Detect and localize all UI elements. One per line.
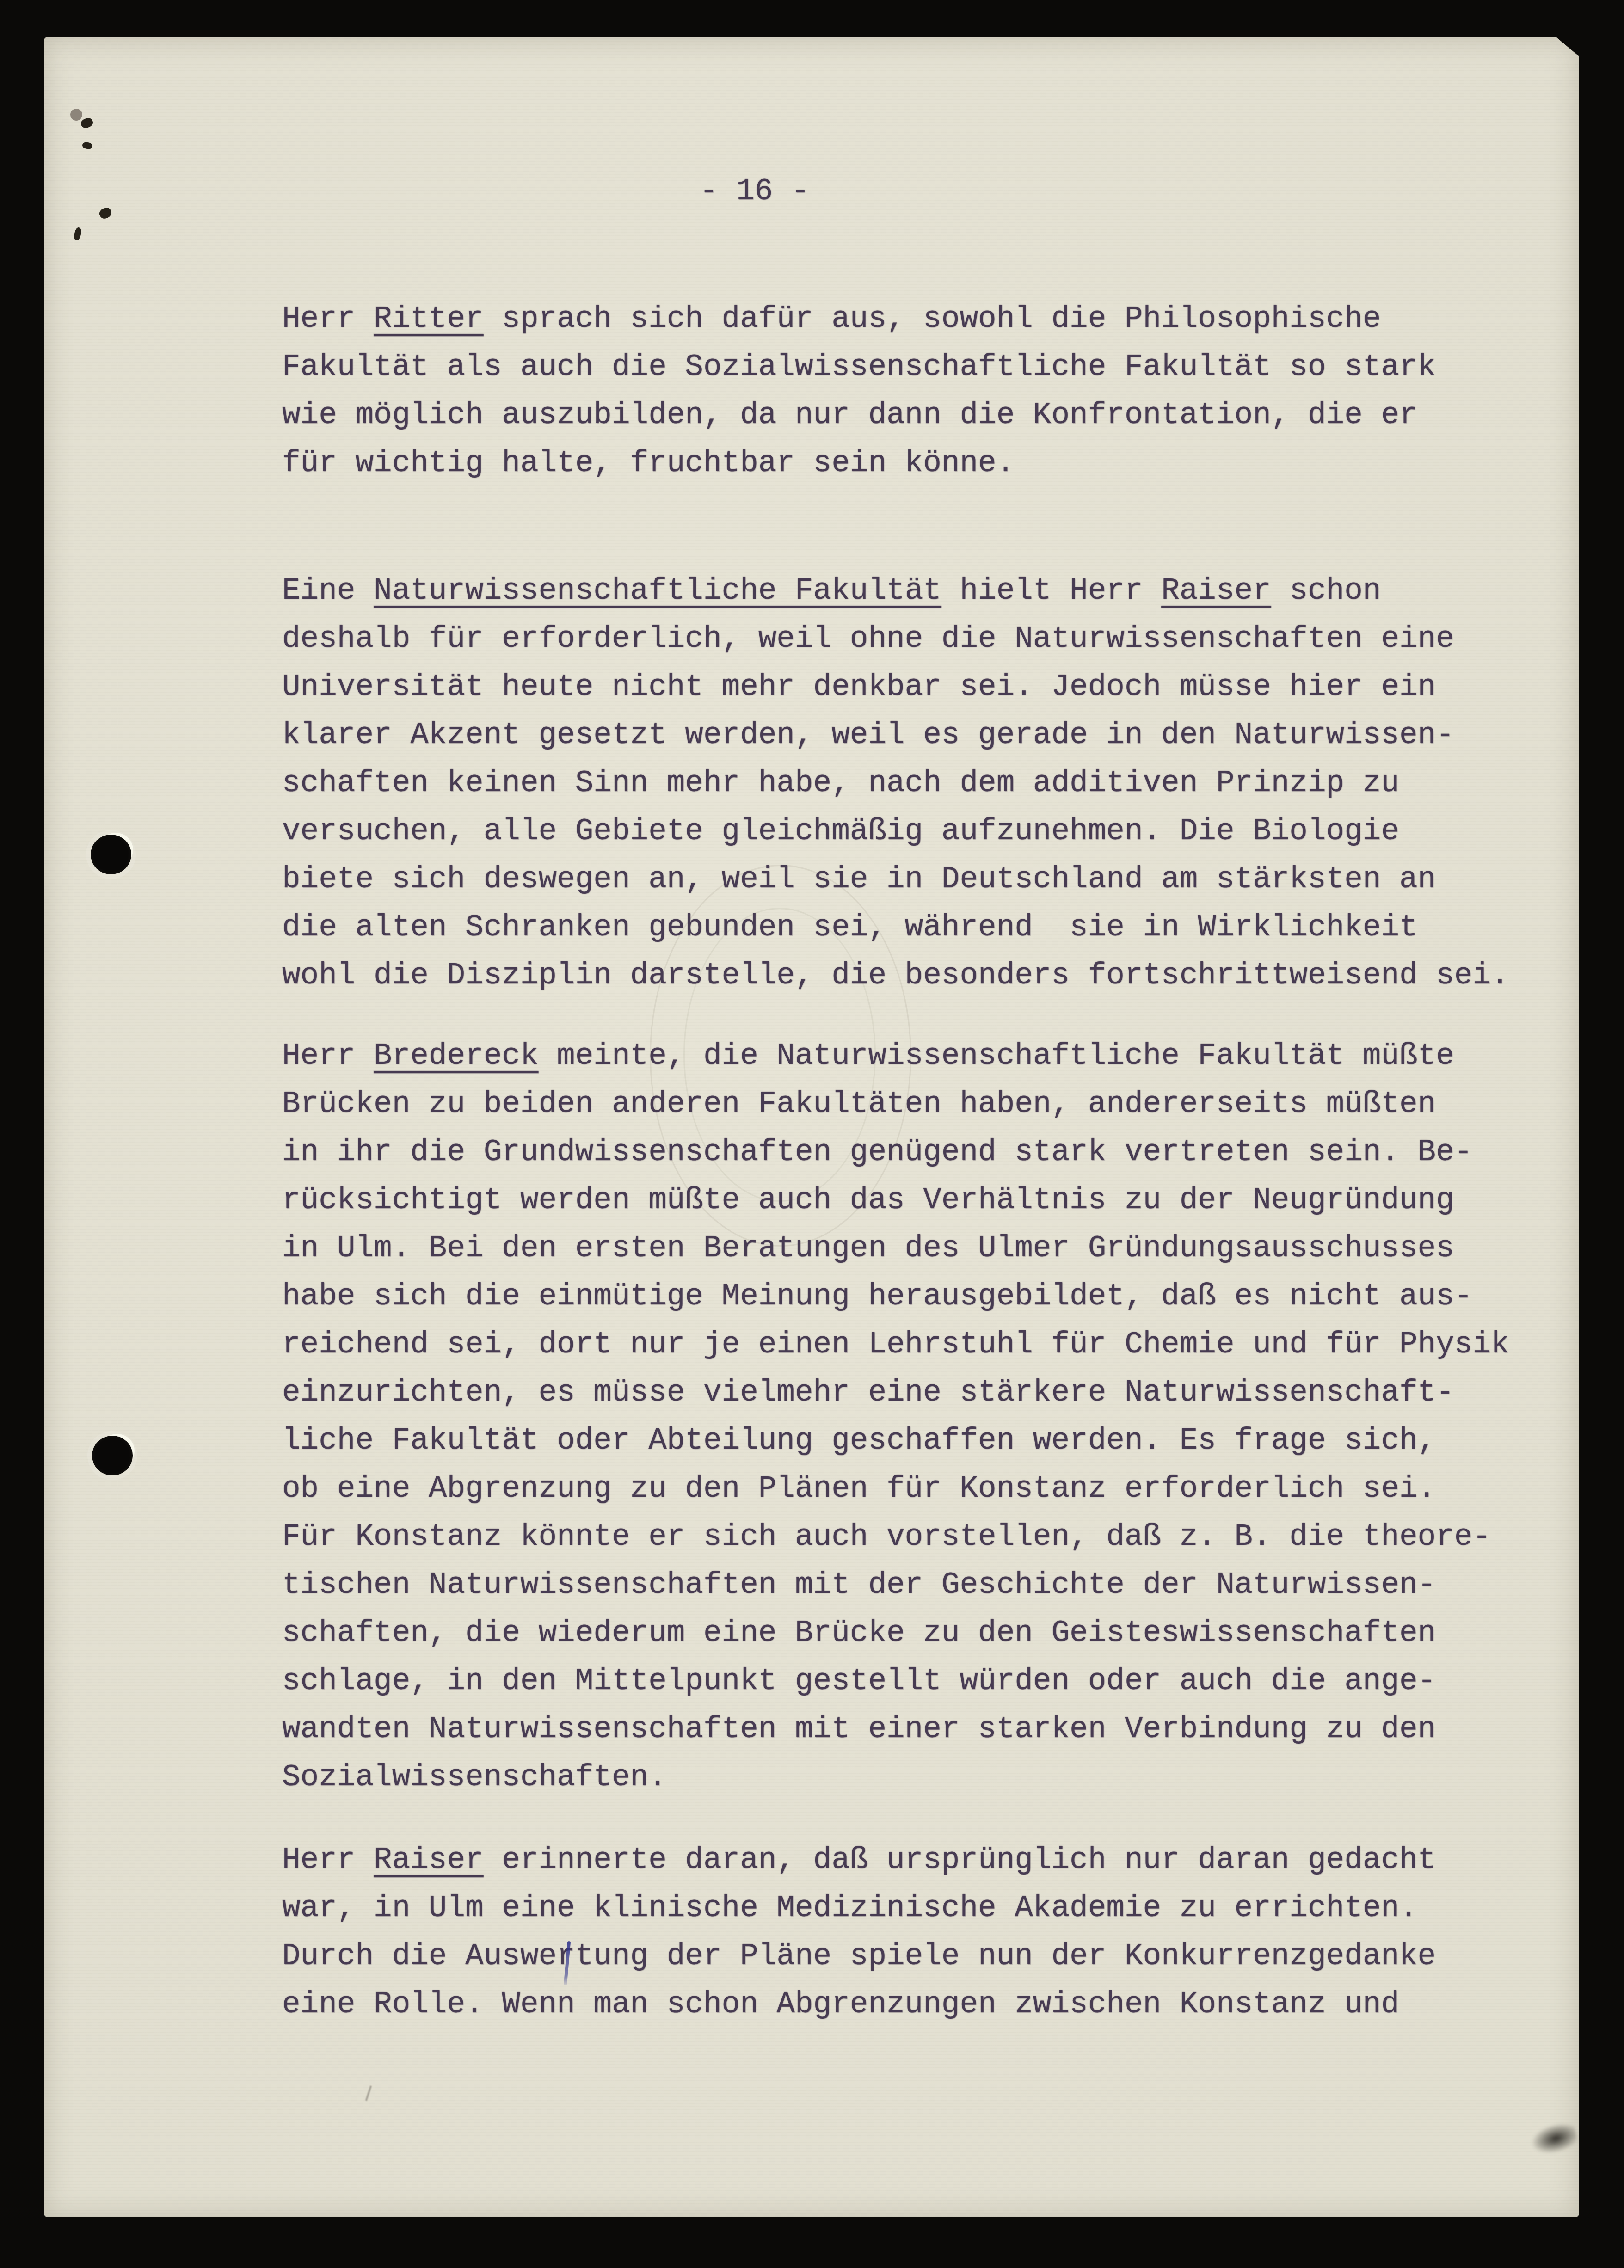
- text-line: klarer Akzent gesetzt werden, weil es ge…: [282, 711, 1572, 759]
- text-line: schaften, die wiederum eine Brücke zu de…: [282, 1609, 1572, 1657]
- text-line: eine Rolle. Wenn man schon Abgrenzungen …: [282, 1980, 1572, 2028]
- staple-mark: [82, 141, 93, 150]
- underlined-name: Raiser: [374, 1843, 484, 1877]
- paragraph: Herr Bredereck meinte, die Naturwissensc…: [282, 1032, 1572, 1801]
- text-line: Durch die Auswertung der Pläne spiele nu…: [282, 1932, 1572, 1980]
- text-line: Herr Bredereck meinte, die Naturwissensc…: [282, 1032, 1572, 1080]
- punch-hole: [91, 835, 131, 874]
- text-line: schaften keinen Sinn mehr habe, nach dem…: [282, 759, 1572, 807]
- text-line: schlage, in den Mittelpunkt gestellt wür…: [282, 1657, 1572, 1705]
- underlined-name: Bredereck: [374, 1039, 538, 1073]
- text-line: für wichtig halte, fruchtbar sein könne.: [282, 439, 1572, 487]
- text-line: Fakultät als auch die Sozialwissenschaft…: [282, 343, 1572, 391]
- text-line: war, in Ulm eine klinische Medizinische …: [282, 1884, 1572, 1932]
- text-line: habe sich die einmütige Meinung herausge…: [282, 1272, 1572, 1321]
- document-page: - 16 - Herr Ritter sprach sich dafür aus…: [44, 37, 1579, 2217]
- text-line: Eine Naturwissenschaftliche Fakultät hie…: [282, 567, 1572, 615]
- underlined-name: Ritter: [374, 301, 484, 336]
- text-line: rücksichtigt werden müßte auch das Verhä…: [282, 1176, 1572, 1224]
- text-line: Herr Raiser erinnerte daran, daß ursprün…: [282, 1836, 1572, 1884]
- text-line: reichend sei, dort nur je einen Lehrstuh…: [282, 1321, 1572, 1369]
- text-line: die alten Schranken gebunden sei, währen…: [282, 904, 1572, 952]
- staple-mark: [70, 109, 82, 121]
- text-line: biete sich deswegen an, weil sie in Deut…: [282, 855, 1572, 904]
- text-line: in Ulm. Bei den ersten Beratungen des Ul…: [282, 1224, 1572, 1272]
- scan-background: { "colors": { "background": "#0b0a08", "…: [0, 0, 1624, 2268]
- punch-hole: [92, 1436, 133, 1475]
- text-line: tischen Naturwissenschaften mit der Gesc…: [282, 1561, 1572, 1609]
- text-line: versuchen, alle Gebiete gleichmäßig aufz…: [282, 807, 1572, 855]
- staple-mark: [80, 117, 94, 129]
- staple-mark: [73, 227, 82, 241]
- paragraph: Herr Raiser erinnerte daran, daß ursprün…: [282, 1836, 1572, 2028]
- faint-pencil-mark: [365, 2085, 372, 2101]
- text-line: Für Konstanz könnte er sich auch vorstel…: [282, 1513, 1572, 1561]
- staple-mark: [98, 206, 113, 221]
- text-line: wie möglich auszubilden, da nur dann die…: [282, 391, 1572, 439]
- text-line: Brücken zu beiden anderen Fakultäten hab…: [282, 1080, 1572, 1128]
- paragraph: Eine Naturwissenschaftliche Fakultät hie…: [282, 567, 1572, 1000]
- text-line: Herr Ritter sprach sich dafür aus, sowoh…: [282, 295, 1572, 343]
- text-line: deshalb für erforderlich, weil ohne die …: [282, 615, 1572, 663]
- page-number: - 16 -: [700, 167, 810, 215]
- paragraph: Herr Ritter sprach sich dafür aus, sowoh…: [282, 295, 1572, 487]
- underlined-name: Raiser: [1161, 573, 1271, 608]
- ink-smudge: [1528, 2119, 1580, 2159]
- text-line: einzurichten, es müsse vielmehr eine stä…: [282, 1369, 1572, 1417]
- text-line: wohl die Disziplin darstelle, die besond…: [282, 952, 1572, 1000]
- document-body: Herr Ritter sprach sich dafür aus, sowoh…: [282, 295, 1572, 2028]
- underlined-name: Naturwissenschaftliche Fakultät: [374, 573, 941, 608]
- text-line: Universität heute nicht mehr denkbar sei…: [282, 663, 1572, 711]
- text-line: ob eine Abgrenzung zu den Plänen für Kon…: [282, 1465, 1572, 1513]
- text-line: Sozialwissenschaften.: [282, 1753, 1572, 1801]
- text-line: wandten Naturwissenschaften mit einer st…: [282, 1705, 1572, 1753]
- text-line: in ihr die Grundwissenschaften genügend …: [282, 1128, 1572, 1176]
- text-line: liche Fakultät oder Abteilung geschaffen…: [282, 1417, 1572, 1465]
